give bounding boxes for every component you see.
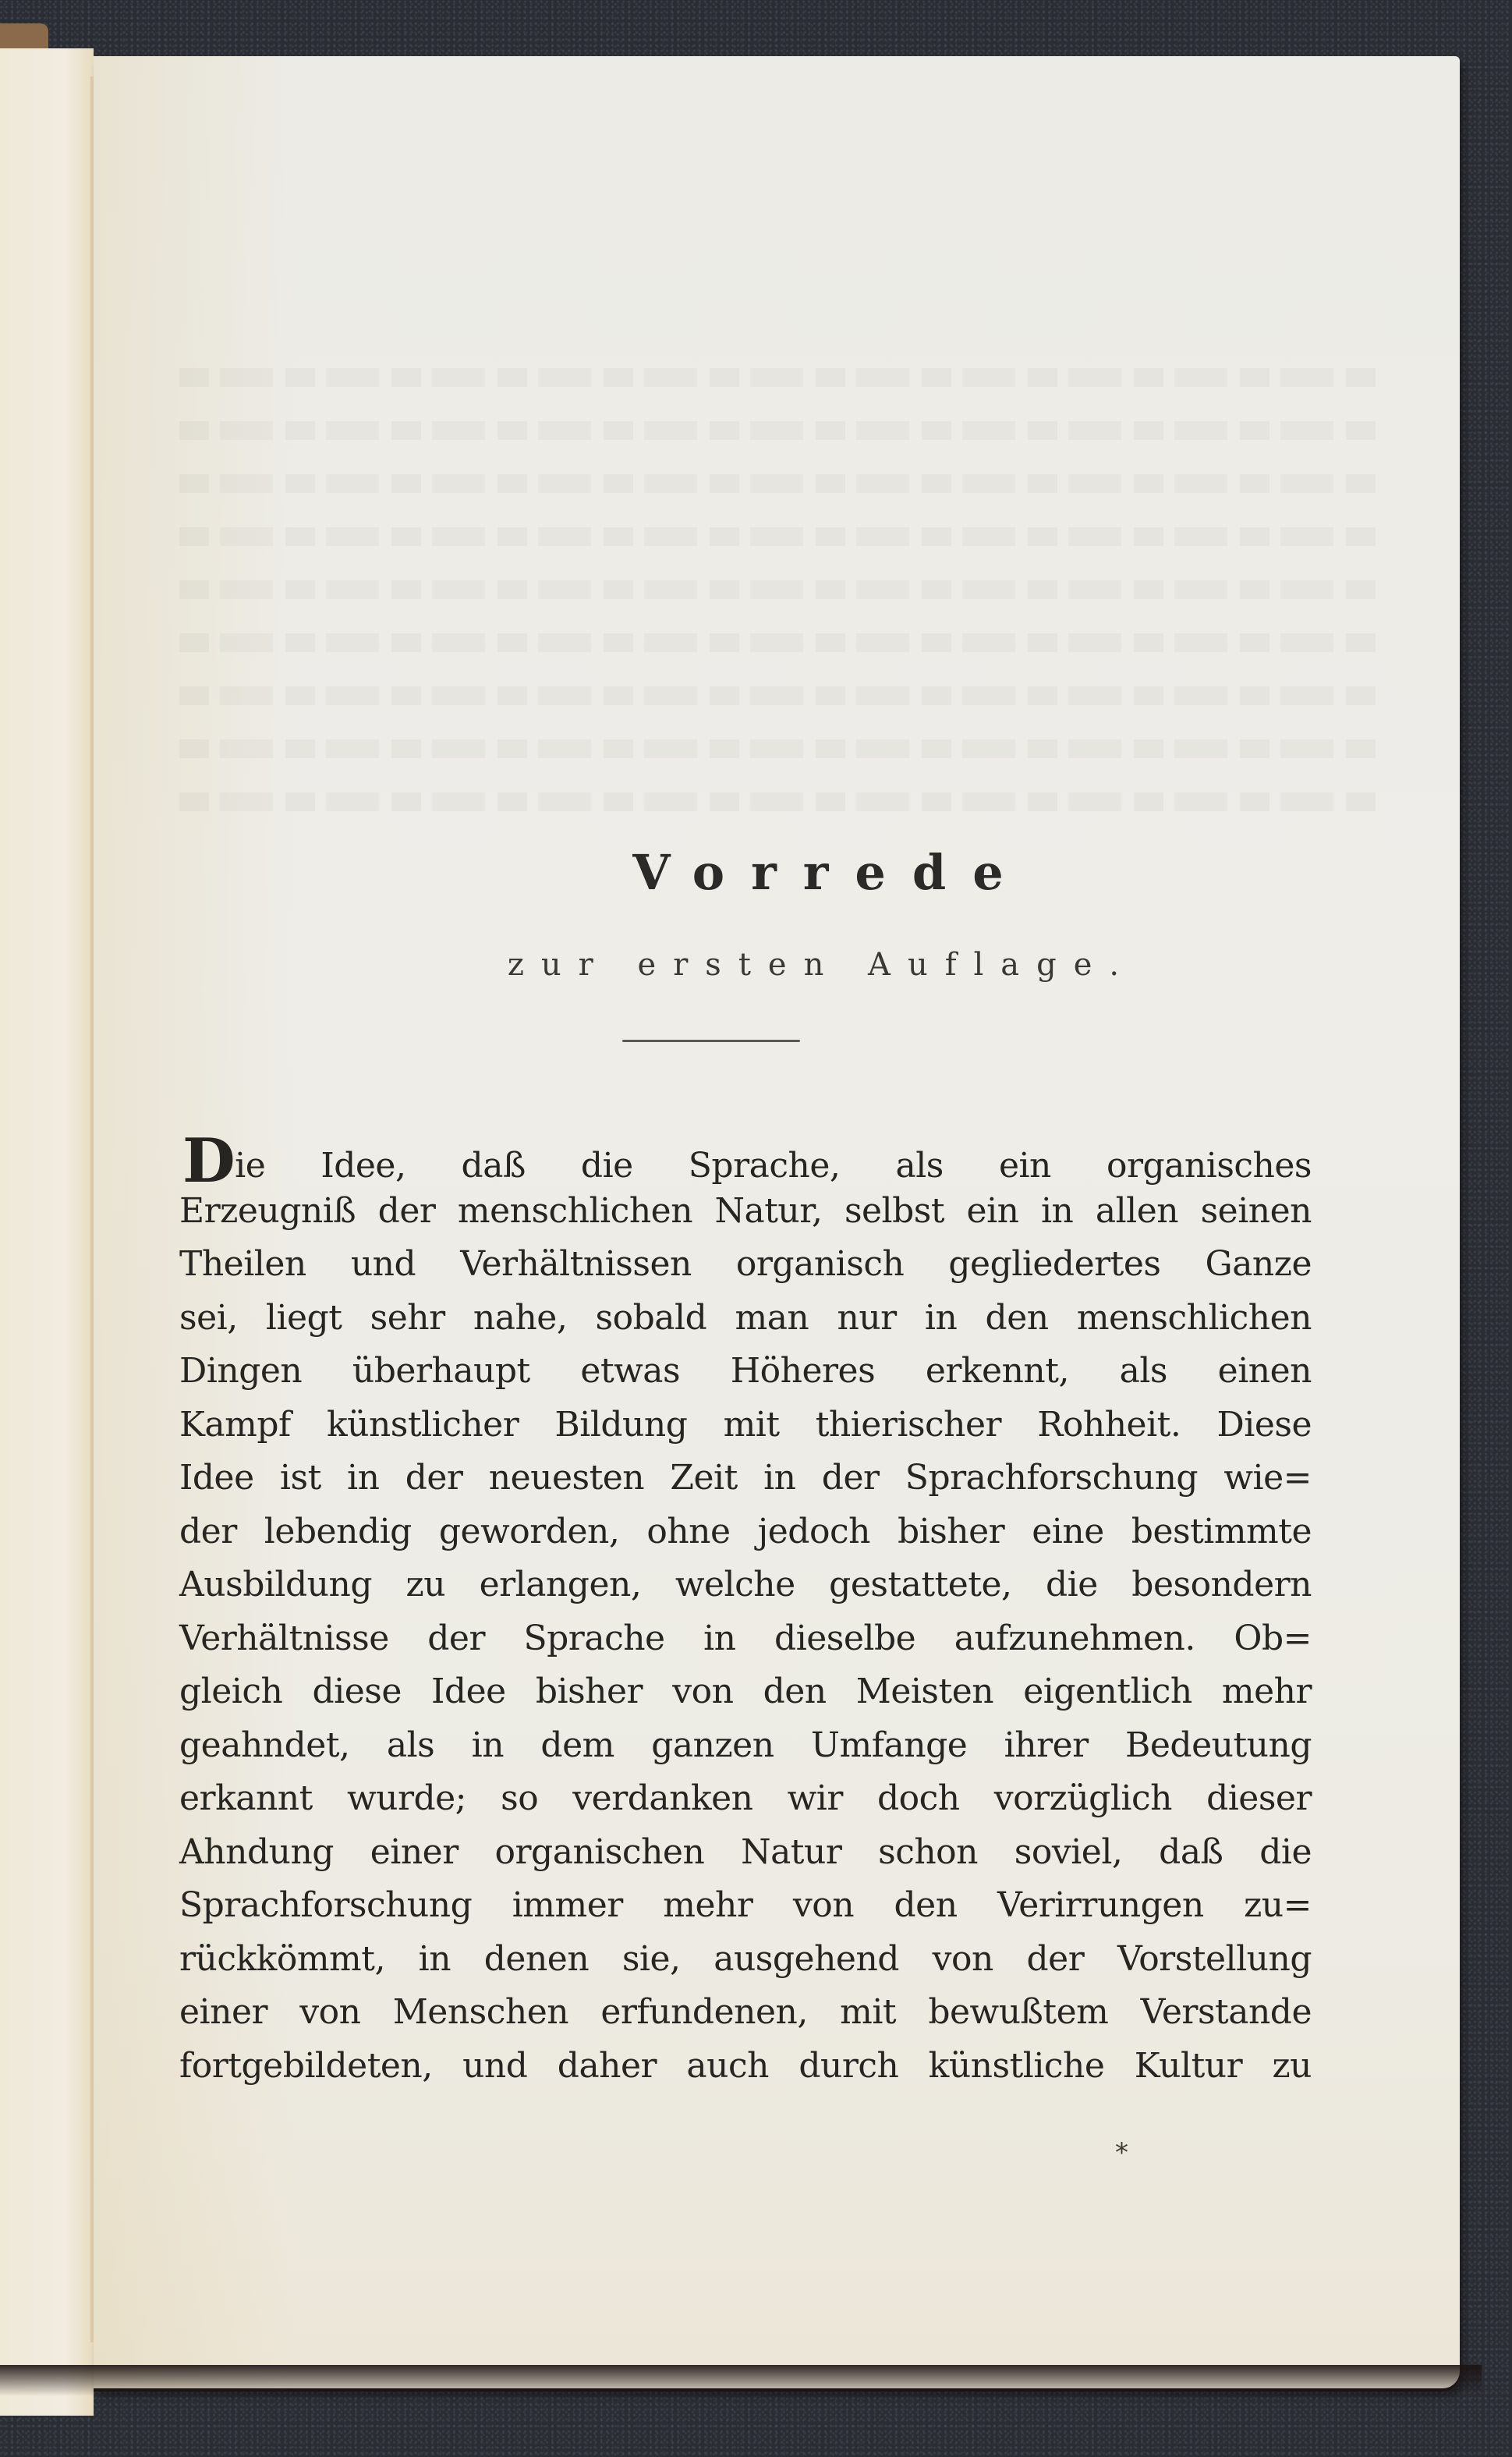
book-page: Vorrede zur ersten Auflage. Die Idee, da… <box>94 56 1460 2388</box>
text-line: Ausbildung zu erlangen, welche gestattet… <box>179 1558 1312 1612</box>
text-line: einer von Menschen erfundenen, mit bewuß… <box>179 1986 1312 2040</box>
text-line: Idee ist in der neuesten Zeit in der Spr… <box>179 1452 1312 1505</box>
page-bottom-shadow <box>0 2365 1482 2396</box>
text-line: gleich diese Idee bisher von den Meisten… <box>179 1665 1312 1719</box>
text-line: Sprachforschung immer mehr von den Verir… <box>179 1879 1312 1933</box>
page-title: Vorrede <box>148 844 1512 901</box>
text-line: Erzeugniß der menschlichen Natur, selbst… <box>179 1185 1312 1239</box>
text-line: der lebendig geworden, ohne jedoch bishe… <box>179 1505 1312 1559</box>
text-line: Ahndung einer organischen Natur schon so… <box>179 1826 1312 1880</box>
signature-mark-asterisk: * <box>1115 2137 1128 2168</box>
text-line: sei, liegt sehr nahe, sobald man nur in … <box>179 1292 1312 1345</box>
body-paragraph: Die Idee, daß die Sprache, als ein organ… <box>179 1131 1312 2093</box>
previous-page-edge <box>0 48 94 2416</box>
text-line: erkannt wurde; so verdanken wir doch vor… <box>179 1772 1312 1826</box>
text-line: Dingen überhaupt etwas Höheres erkennt, … <box>179 1345 1312 1399</box>
text-line: Kampf künstlicher Bildung mit thierische… <box>179 1399 1312 1452</box>
text-line: Theilen und Verhältnissen organisch gegl… <box>179 1238 1312 1292</box>
text-line: geahndet, als in dem ganzen Umfange ihre… <box>179 1719 1312 1773</box>
page-subtitle: zur ersten Auflage. <box>139 947 1505 983</box>
text-line: rückkömmt, in denen sie, ausgehend von d… <box>179 1933 1312 1987</box>
text-line: Die Idee, daß die Sprache, als ein organ… <box>179 1131 1312 1185</box>
show-through-text <box>179 368 1380 846</box>
text-line: fortgebildeten, und daher auch durch kün… <box>179 2040 1312 2094</box>
heading-divider <box>622 1040 800 1042</box>
text-line: Verhältnisse der Sprache in dieselbe auf… <box>179 1612 1312 1666</box>
